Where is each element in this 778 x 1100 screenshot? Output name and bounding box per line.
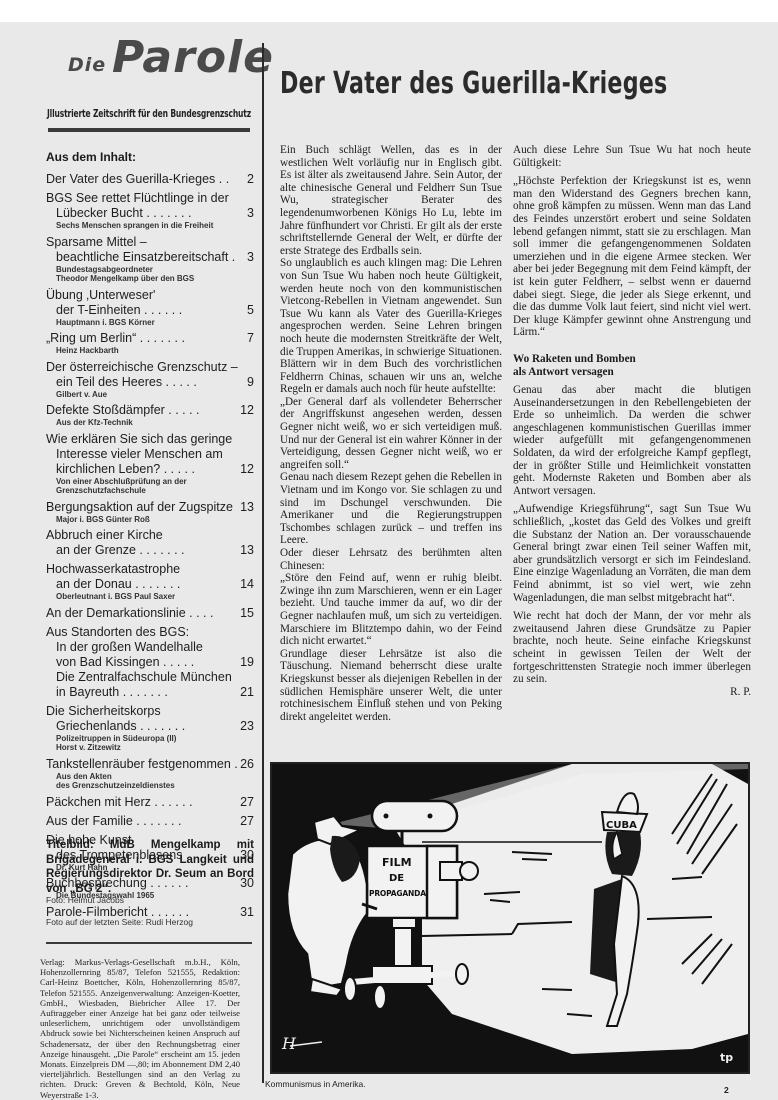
toc-title: Die Sicherheitskorps — [46, 704, 161, 719]
paragraph: Auch diese Lehre Sun Tsue Wu hat noch he… — [513, 144, 751, 169]
toc-line: kirchlichen Leben? . . . . .12 — [46, 462, 254, 477]
toc-page-number: 14 — [240, 577, 254, 592]
toc-title: Griechenlands . . . . . . . — [46, 719, 185, 734]
toc-entry: Wie erklären Sie sich das geringeInteres… — [46, 432, 254, 496]
toc-line: Der österreichische Grenzschutz – — [46, 360, 254, 375]
toc-page-number: 31 — [240, 905, 254, 920]
toc-title: Päckchen mit Herz . . . . . . — [46, 795, 193, 810]
toc-line: Päckchen mit Herz . . . . . .27 — [46, 795, 254, 810]
toc-page-number: 3 — [247, 206, 254, 221]
masthead-logo: Die Parole — [50, 42, 255, 82]
toc-subtitle: Hauptmann i. BGS Körner — [46, 318, 254, 328]
toc-title: An der Demarkationslinie . . . . — [46, 606, 213, 621]
cartoon-caption: Kommunismus in Amerika. — [265, 1079, 366, 1089]
toc-page-number: 13 — [240, 543, 254, 558]
toc-subtitle: Bundestagsabgeordneter — [46, 265, 254, 275]
toc-title: der T-Einheiten . . . . . . — [46, 303, 182, 318]
toc-entry: Defekte Stoßdämpfer . . . . .12Aus der K… — [46, 403, 254, 428]
toc-line: Defekte Stoßdämpfer . . . . .12 — [46, 403, 254, 418]
toc-title: Der Vater des Guerilla-Krieges . . — [46, 172, 229, 187]
paragraph: Genau nach diesem Rezept gehen die Rebel… — [280, 471, 502, 547]
toc-page-number: 13 — [240, 500, 254, 515]
toc-line: BGS See rettet Flüchtlinge in der — [46, 191, 254, 206]
toc-entry: Bergungsaktion auf der Zugspitze13Major … — [46, 500, 254, 525]
column-divider — [262, 43, 264, 1083]
toc-page-number: 12 — [240, 403, 254, 418]
toc-title: von Bad Kissingen . . . . . — [46, 655, 194, 670]
toc-subtitle: Grenzschutzfachschule — [46, 486, 254, 496]
toc-page-number: 19 — [240, 655, 254, 670]
toc-line: an der Grenze . . . . . . .13 — [46, 543, 254, 558]
toc-entry: Päckchen mit Herz . . . . . .27 — [46, 795, 254, 810]
toc-line: Interesse vieler Menschen am — [46, 447, 254, 462]
toc-line: Aus der Familie . . . . . . .27 — [46, 814, 254, 829]
toc-page-number: 26 — [240, 757, 254, 772]
toc-line: Bergungsaktion auf der Zugspitze13 — [46, 500, 254, 515]
toc-title: an der Donau . . . . . . . — [46, 577, 180, 592]
cartoon-illustration: FILM DE PROPAGANDA — [270, 762, 750, 1074]
masthead-rule — [48, 128, 250, 132]
toc-entry: Der Vater des Guerilla-Krieges . .2 — [46, 172, 254, 187]
toc-line: Abbruch einer Kirche — [46, 528, 254, 543]
toc-page-number: 27 — [240, 795, 254, 810]
toc-title: Übung ‚Unterweser' — [46, 288, 155, 303]
toc-subtitle: Heinz Hackbarth — [46, 346, 254, 356]
toc-title: Tankstellenräuber festgenommen . — [46, 757, 238, 772]
impressum: Verlag: Markus-Verlags-Gesellschaft m.b.… — [40, 957, 240, 1100]
toc-title: Defekte Stoßdämpfer . . . . . — [46, 403, 200, 418]
toc-title: BGS See rettet Flüchtlinge in der — [46, 191, 229, 206]
toc-line: in Bayreuth . . . . . . .21 — [46, 685, 254, 700]
toc-title: Interesse vieler Menschen am — [46, 447, 223, 462]
toc-title: Wie erklären Sie sich das geringe — [46, 432, 232, 447]
toc-title: Der österreichische Grenzschutz – — [46, 360, 238, 375]
toc-subtitle: Aus den Akten — [46, 772, 254, 782]
toc-page-number: 27 — [240, 814, 254, 829]
subheading: Wo Raketen und Bomben als Antwort versag… — [513, 353, 751, 378]
toc-title: Lübecker Bucht . . . . . . . — [46, 206, 191, 221]
toc-subtitle: Polizeitruppen in Südeuropa (II) — [46, 734, 254, 744]
paragraph: „Aufwendige Kriegsführung“, sagt Sun Tsu… — [513, 503, 751, 604]
logo-parole: Parole — [112, 36, 274, 80]
toc-page-number: 21 — [240, 685, 254, 700]
toc-subtitle: Von einer Abschlußprüfung an der — [46, 477, 254, 487]
paragraph: So unglaublich es auch klingen mag: Die … — [280, 257, 502, 396]
paragraph: Grundlage dieser Lehrsätze ist also die … — [280, 648, 502, 724]
toc-title: Aus Standorten des BGS: — [46, 625, 189, 640]
toc-line: Hochwasserkatastrophe — [46, 562, 254, 577]
toc-line: der T-Einheiten . . . . . .5 — [46, 303, 254, 318]
toc-title: In der großen Wandelhalle — [46, 640, 203, 655]
quote: „Der General darf als vollendeter Beherr… — [280, 396, 502, 472]
toc-page-number: 23 — [240, 719, 254, 734]
toc-subtitle: des Grenzschutzeinzeldienstes — [46, 781, 254, 791]
toc-line: Übung ‚Unterweser' — [46, 288, 254, 303]
toc-subtitle: Gilbert v. Aue — [46, 390, 254, 400]
toc-title: kirchlichen Leben? . . . . . — [46, 462, 195, 477]
toc-title: Bergungsaktion auf der Zugspitze — [46, 500, 233, 515]
toc-line: beachtliche Einsatzbereitschaft .3 — [46, 250, 254, 265]
toc-subtitle: Theodor Mengelkamp über den BGS — [46, 274, 254, 284]
toc-line: Wie erklären Sie sich das geringe — [46, 432, 254, 447]
toc-title: „Ring um Berlin“ . . . . . . . — [46, 331, 185, 346]
toc-page-number: 7 — [247, 331, 254, 346]
toc-heading: Aus dem Inhalt: — [46, 150, 136, 164]
artist-signature: H — [281, 1034, 297, 1053]
toc-entry: Übung ‚Unterweser'der T-Einheiten . . . … — [46, 288, 254, 328]
toc-entry: Hochwasserkatastrophean der Donau . . . … — [46, 562, 254, 602]
article-column-2: Auch diese Lehre Sun Tsue Wu hat noch he… — [513, 144, 751, 698]
page-number: 2 — [724, 1085, 729, 1095]
toc-page-number: 12 — [240, 462, 254, 477]
toc-page-number: 2 — [247, 172, 254, 187]
toc-title: ein Teil des Heeres . . . . . — [46, 375, 197, 390]
paragraph: Genau das aber macht die blutigen Ausein… — [513, 384, 751, 497]
toc-line: von Bad Kissingen . . . . .19 — [46, 655, 254, 670]
camera-label-film: FILM — [382, 856, 412, 869]
toc-line: „Ring um Berlin“ . . . . . . .7 — [46, 331, 254, 346]
toc-subtitle: Oberleutnant i. BGS Paul Saxer — [46, 592, 254, 602]
toc-line: An der Demarkationslinie . . . .15 — [46, 606, 254, 621]
quote: „Störe den Feind auf, wenn er ruhig blei… — [280, 572, 502, 648]
toc-entry: An der Demarkationslinie . . . .15 — [46, 606, 254, 621]
agency-mark: tp — [720, 1051, 733, 1064]
toc-line: Die Zentralfachschule München — [46, 670, 254, 685]
toc-page-number: 9 — [247, 375, 254, 390]
toc-title: an der Grenze . . . . . . . — [46, 543, 185, 558]
camera-label-propaganda: PROPAGANDA — [369, 889, 426, 898]
toc-line: Die Sicherheitskorps — [46, 704, 254, 719]
toc-title: beachtliche Einsatzbereitschaft . — [46, 250, 235, 265]
toc-subtitle: Aus der Kfz-Technik — [46, 418, 254, 428]
toc-line: Aus Standorten des BGS: — [46, 625, 254, 640]
cover-caption: Titelbild: MdB Mengelkamp mit Brigadegen… — [46, 838, 254, 896]
toc-line: ein Teil des Heeres . . . . .9 — [46, 375, 254, 390]
article-column-1: Ein Buch schlägt Wellen, das es in der w… — [280, 144, 502, 723]
toc-title: Abbruch einer Kirche — [46, 528, 163, 543]
toc-entry: Aus der Familie . . . . . . .27 — [46, 814, 254, 829]
toc-subtitle: Sechs Menschen sprangen in die Freiheit — [46, 221, 254, 231]
toc-page-number: 3 — [247, 250, 254, 265]
masthead-subtitle: Jllustrierte Zeitschrift für den Bundesg… — [47, 108, 251, 120]
paragraph: Wie recht hat doch der Mann, der vor meh… — [513, 610, 751, 686]
magazine-page: Die Parole Jllustrierte Zeitschrift für … — [0, 22, 778, 1100]
impressum-rule — [46, 942, 252, 944]
toc-entry: Sparsame Mittel –beachtliche Einsatzbere… — [46, 235, 254, 284]
toc-title: in Bayreuth . . . . . . . — [46, 685, 168, 700]
toc-subtitle: Horst v. Zitzewitz — [46, 743, 254, 753]
article-headline: Der Vater des Guerilla-Krieges — [280, 66, 667, 101]
toc-line: Der Vater des Guerilla-Krieges . .2 — [46, 172, 254, 187]
cartoon-drawing: FILM DE PROPAGANDA — [272, 764, 748, 1072]
hat-label-cuba: CUBA — [606, 820, 637, 831]
toc-entry: BGS See rettet Flüchtlinge in derLübecke… — [46, 191, 254, 231]
toc-line: Sparsame Mittel – — [46, 235, 254, 250]
toc-line: Griechenlands . . . . . . .23 — [46, 719, 254, 734]
toc-title: Die Zentralfachschule München — [46, 670, 232, 685]
toc-page-number: 5 — [247, 303, 254, 318]
toc-entry: Tankstellenräuber festgenommen .26Aus de… — [46, 757, 254, 791]
toc-title: Aus der Familie . . . . . . . — [46, 814, 181, 829]
toc-title: Hochwasserkatastrophe — [46, 562, 180, 577]
table-of-contents: Der Vater des Guerilla-Krieges . .2BGS S… — [46, 172, 254, 924]
back-photo-credit: Foto auf der letzten Seite: Rudi Herzog — [46, 917, 193, 927]
paragraph: Ein Buch schlägt Wellen, das es in der w… — [280, 144, 502, 257]
toc-entry: Der österreichische Grenzschutz –ein Tei… — [46, 360, 254, 400]
camera-label-de: DE — [389, 873, 404, 884]
toc-subtitle: Major i. BGS Günter Roß — [46, 515, 254, 525]
toc-line: Lübecker Bucht . . . . . . .3 — [46, 206, 254, 221]
toc-entry: Die SicherheitskorpsGriechenlands . . . … — [46, 704, 254, 753]
author-signature: R. P. — [513, 686, 751, 699]
toc-entry: „Ring um Berlin“ . . . . . . .7Heinz Hac… — [46, 331, 254, 356]
cover-photo-credit: Foto: Helmut Jacobs — [46, 895, 124, 905]
toc-line: In der großen Wandelhalle — [46, 640, 254, 655]
quote: „Höchste Perfektion der Kriegskunst ist … — [513, 175, 751, 339]
toc-title: Sparsame Mittel – — [46, 235, 147, 250]
toc-entry: Abbruch einer Kirchean der Grenze . . . … — [46, 528, 254, 558]
toc-line: an der Donau . . . . . . .14 — [46, 577, 254, 592]
paragraph: Oder dieser Lehrsatz des berühmten alten… — [280, 547, 502, 572]
toc-page-number: 15 — [240, 606, 254, 621]
logo-die: Die — [68, 54, 106, 76]
toc-line: Tankstellenräuber festgenommen .26 — [46, 757, 254, 772]
toc-entry: Aus Standorten des BGS:In der großen Wan… — [46, 625, 254, 700]
